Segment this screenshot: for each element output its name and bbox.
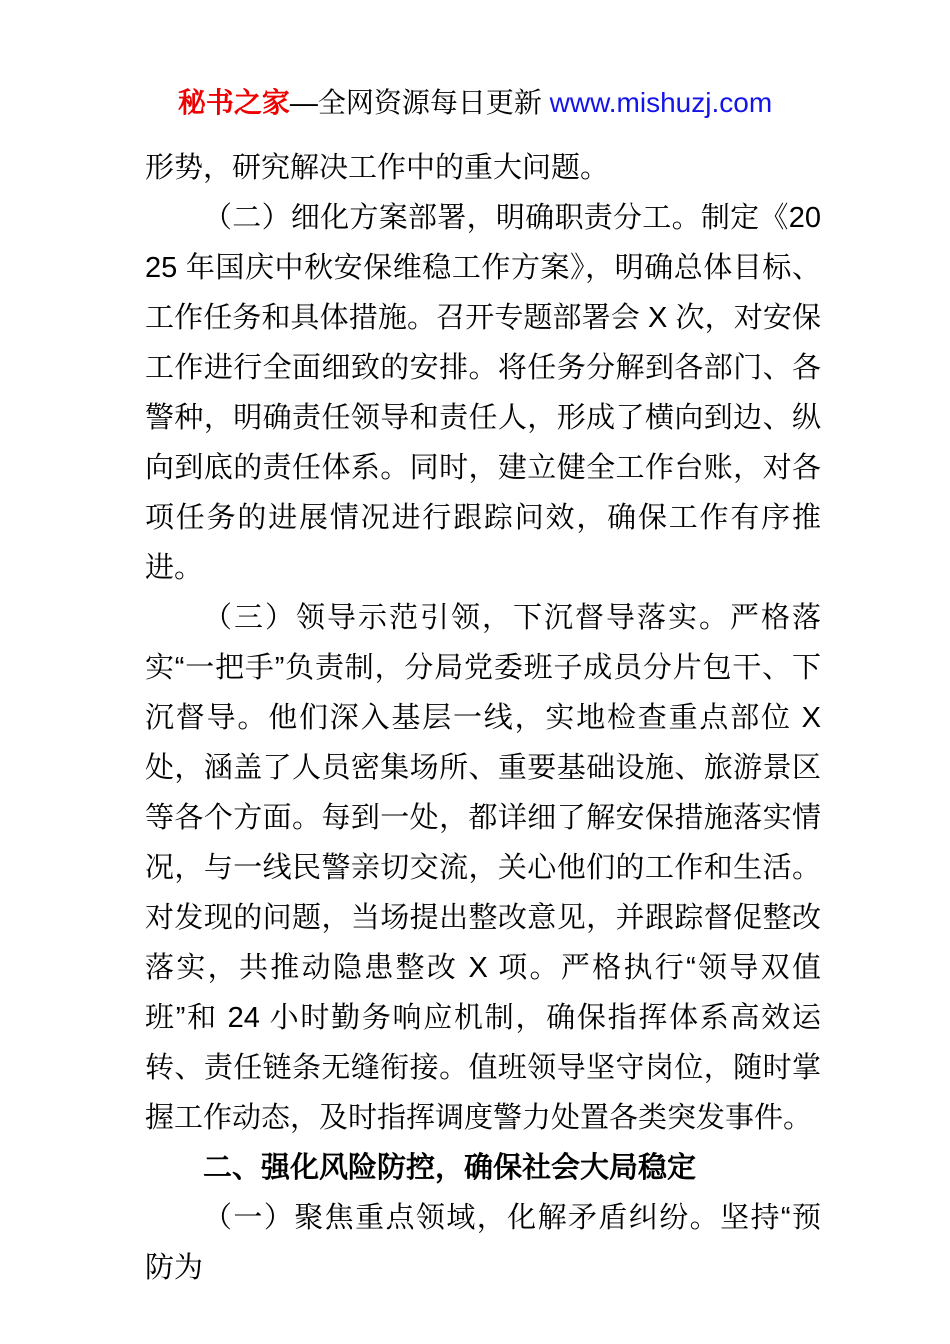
header-url-link[interactable]: www.mishuzj.com xyxy=(550,87,772,118)
page-header: 秘书之家—全网资源每日更新 www.mishuzj.com xyxy=(0,86,950,120)
document-page: 秘书之家—全网资源每日更新 www.mishuzj.com 形势，研究解决工作中… xyxy=(0,0,950,1344)
paragraph-2: （二）细化方案部署，明确职责分工。制定《2025 年国庆中秋安保维稳工作方案》，… xyxy=(145,193,821,593)
brand-name: 秘书之家 xyxy=(178,87,290,118)
paragraph-5: （一）聚焦重点领域，化解矛盾纠纷。坚持“预防为 xyxy=(145,1193,821,1293)
paragraph-3: （三）领导示范引领，下沉督导落实。严格落实“一把手”负责制，分局党委班子成员分片… xyxy=(145,593,821,1143)
document-body: 形势，研究解决工作中的重大问题。（二）细化方案部署，明确职责分工。制定《2025… xyxy=(145,143,821,1293)
paragraph-4: 二、强化风险防控，确保社会大局稳定 xyxy=(145,1143,821,1193)
paragraph-1: 形势，研究解决工作中的重大问题。 xyxy=(145,143,821,193)
header-tagline: —全网资源每日更新 xyxy=(290,87,550,118)
